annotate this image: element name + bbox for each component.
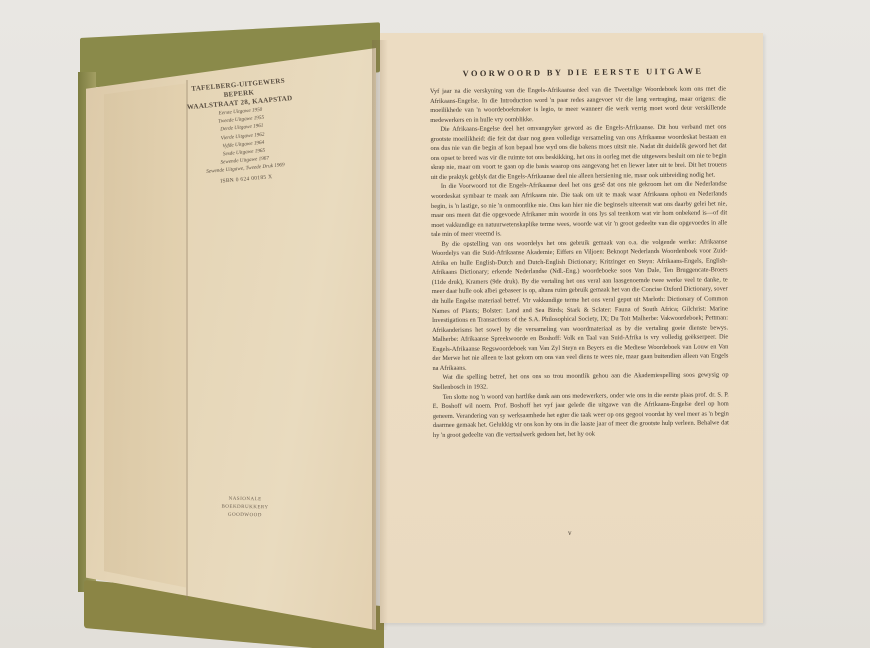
printer-location: GOODWOOD <box>205 511 285 520</box>
paragraph: In die Voorwoord tot die Engels-Afrikaan… <box>431 180 727 240</box>
gutter-shadow <box>372 40 388 630</box>
paragraph: Wat die spelling betref, het ons ons so … <box>432 371 728 393</box>
paragraph: Ten slotte nog 'n woord van hartlike dan… <box>433 390 729 440</box>
printer-imprint: NASIONALE BOEKDRUKKERY GOODWOOD <box>205 495 285 520</box>
page-number: v <box>568 529 572 537</box>
paragraph: Die Afrikaans-Engelse deel het omvangryk… <box>430 123 726 183</box>
open-book: TAFELBERG-UITGEWERS BEPERK WAALSTRAAT 28… <box>0 0 870 648</box>
imprint-block: TAFELBERG-UITGEWERS BEPERK WAALSTRAAT 28… <box>178 76 307 190</box>
paragraph: By die opstelling van ons woordelys het … <box>431 237 728 373</box>
printer-name: NASIONALE BOEKDRUKKERY <box>205 495 285 512</box>
paragraph: Vyf jaar na die verskyning van die Engel… <box>430 84 726 125</box>
left-page-inner-strip <box>104 56 186 604</box>
foreword-body: Vyf jaar na die verskyning van die Engel… <box>430 84 729 440</box>
